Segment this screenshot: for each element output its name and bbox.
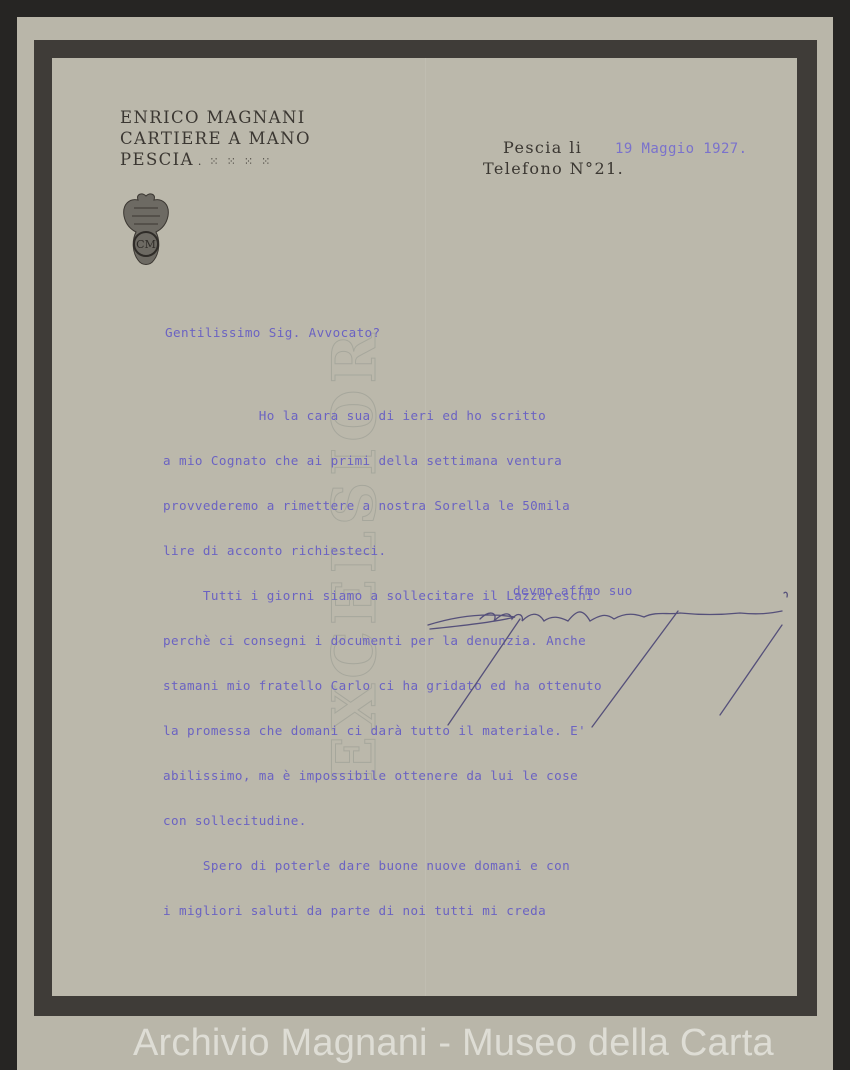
letterhead-line-1: ENRICO MAGNANI [120,107,311,128]
body-line: Spero di poterle dare buone nuove domani… [163,858,602,873]
letterhead-line-3-row: PESCIA.⁙⁙⁙⁙ [120,149,311,172]
letterhead-phone: Telefono N°21. [483,158,624,179]
body-line: i migliori saluti da parte di noi tutti … [163,903,602,918]
svg-text:CM: CM [136,238,156,251]
body-line: abilissimo, ma è impossibile ottenere da… [163,768,602,783]
eagle-crest-icon: CM [118,190,174,270]
body-line: con sollecitudine. [163,813,602,828]
archive-watermark-label: Archivio Magnani - Museo della Carta [133,1022,774,1065]
letterhead-company: ENRICO MAGNANI CARTIERE A MANO PESCIA.⁙⁙… [120,107,311,172]
letter-date: 19 Maggio 1927. [615,142,747,157]
letterhead-line-3: PESCIA [120,150,194,169]
body-line: provvederemo a rimettere a nostra Sorell… [163,498,602,513]
letter-salutation: Gentilissimo Sig. Avvocato? [165,325,381,340]
letterhead-place-label: Pescia li [503,137,582,158]
body-line: Ho la cara sua di ieri ed ho scritto [163,408,602,423]
letterhead-line-2: CARTIERE A MANO [120,128,311,149]
body-line: a mio Cognato che ai primi della settima… [163,453,602,468]
ornament-dots: .⁙⁙⁙⁙ [198,155,278,168]
handwritten-signature [420,585,800,730]
body-line: lire di acconto richiesteci. [163,543,602,558]
